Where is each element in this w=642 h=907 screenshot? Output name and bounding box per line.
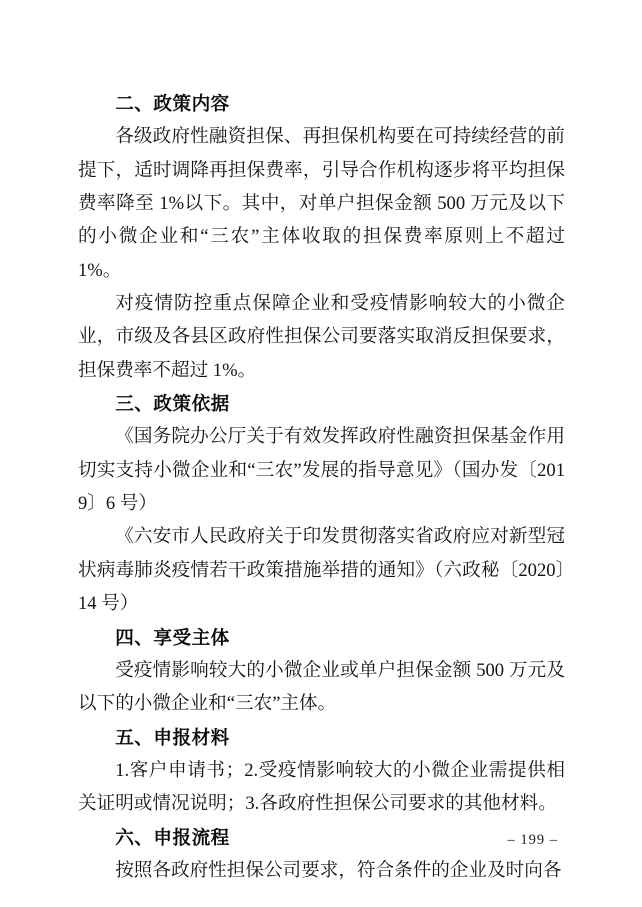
document-body: 二、政策内容 各级政府性融资担保、再担保机构要在可持续经营的前提下，适时调降再担… (78, 87, 565, 887)
paragraph: 受疫情影响较大的小微企业或单户担保金额 500 万元及以下的小微企业和“三农”主… (78, 654, 565, 721)
paragraph: 《国务院办公厅关于有效发挥政府性融资担保基金作用切实支持小微企业和“三农”发展的… (78, 420, 565, 520)
paragraph: 各级政府性融资担保、再担保机构要在可持续经营的前提下，适时调降再担保费率，引导合… (78, 120, 565, 287)
paragraph: 对疫情防控重点保障企业和受疫情影响较大的小微企业，市级及各县区政府性担保公司要落… (78, 287, 565, 387)
document-page: 二、政策内容 各级政府性融资担保、再担保机构要在可持续经营的前提下，适时调降再担… (0, 0, 642, 907)
paragraph: 按照各政府性担保公司要求，符合条件的企业及时向各 (78, 854, 565, 887)
page-number: – 199 – (508, 832, 559, 849)
paragraph: 1.客户申请书；2.受疫情影响较大的小微企业需提供相关证明或情况说明；3.各政府… (78, 754, 565, 821)
section-heading-application-materials: 五、申报材料 (78, 721, 565, 754)
paragraph: 《六安市人民政府关于印发贯彻落实省政府应对新型冠状病毒肺炎疫情若干政策措施举措的… (78, 520, 565, 620)
section-heading-application-process: 六、申报流程 (78, 821, 565, 854)
section-heading-beneficiaries: 四、享受主体 (78, 621, 565, 654)
section-heading-policy-content: 二、政策内容 (78, 87, 565, 120)
section-heading-policy-basis: 三、政策依据 (78, 387, 565, 420)
